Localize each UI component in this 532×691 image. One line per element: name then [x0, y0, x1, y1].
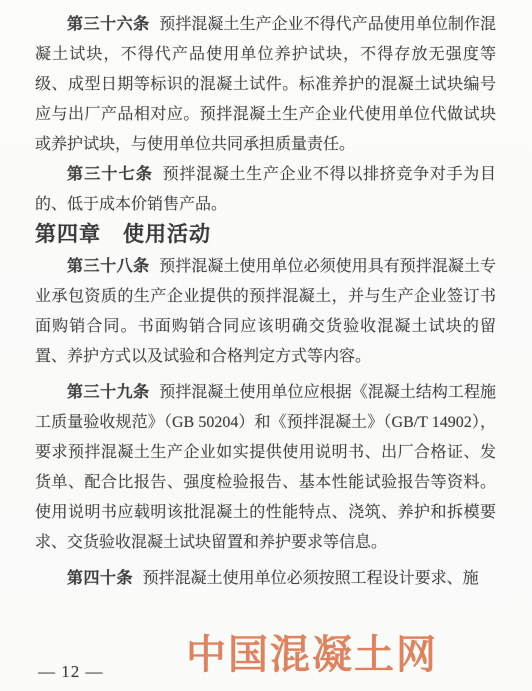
site-watermark: 中国混凝土网	[186, 634, 438, 676]
article-38-number: 第三十八条	[67, 258, 150, 275]
article-40-number: 第四十条	[67, 570, 133, 587]
article-36-number: 第三十六条	[67, 16, 150, 33]
paragraph-article-36: 第三十六条预拌混凝土生产企业不得代产品使用单位制作混凝土试块，不得代产品使用单位…	[35, 10, 496, 160]
article-39-number: 第三十九条	[67, 384, 150, 401]
paragraph-article-37: 第三十七条预拌混凝土生产企业不得以排挤竞争对手为目的、低于成本价销售产品。	[35, 160, 496, 220]
paragraph-article-39: 第三十九条预拌混凝土使用单位应根据《混凝土结构工程施工质量验收规范》（GB 50…	[35, 378, 496, 558]
document-body: 第三十六条预拌混凝土生产企业不得代产品使用单位制作混凝土试块，不得代产品使用单位…	[35, 10, 496, 594]
chapter-heading: 第四章 使用活动	[35, 220, 496, 250]
paragraph-article-40: 第四十条预拌混凝土使用单位必须按照工程设计要求、施	[35, 564, 496, 594]
article-39-text: 预拌混凝土使用单位应根据《混凝土结构工程施工质量验收规范》（GB 50204）和…	[35, 384, 496, 551]
article-36-text: 预拌混凝土生产企业不得代产品使用单位制作混凝土试块，不得代产品使用单位养护试块，…	[35, 16, 496, 153]
article-40-text: 预拌混凝土使用单位必须按照工程设计要求、施	[143, 570, 479, 587]
paragraph-article-38: 第三十八条预拌混凝土使用单位必须使用具有预拌混凝土专业承包资质的生产企业提供的预…	[35, 252, 496, 372]
page-number: — 12 —	[38, 659, 104, 685]
document-page: 第三十六条预拌混凝土生产企业不得代产品使用单位制作混凝土试块，不得代产品使用单位…	[0, 0, 532, 691]
article-37-number: 第三十七条	[67, 166, 153, 183]
